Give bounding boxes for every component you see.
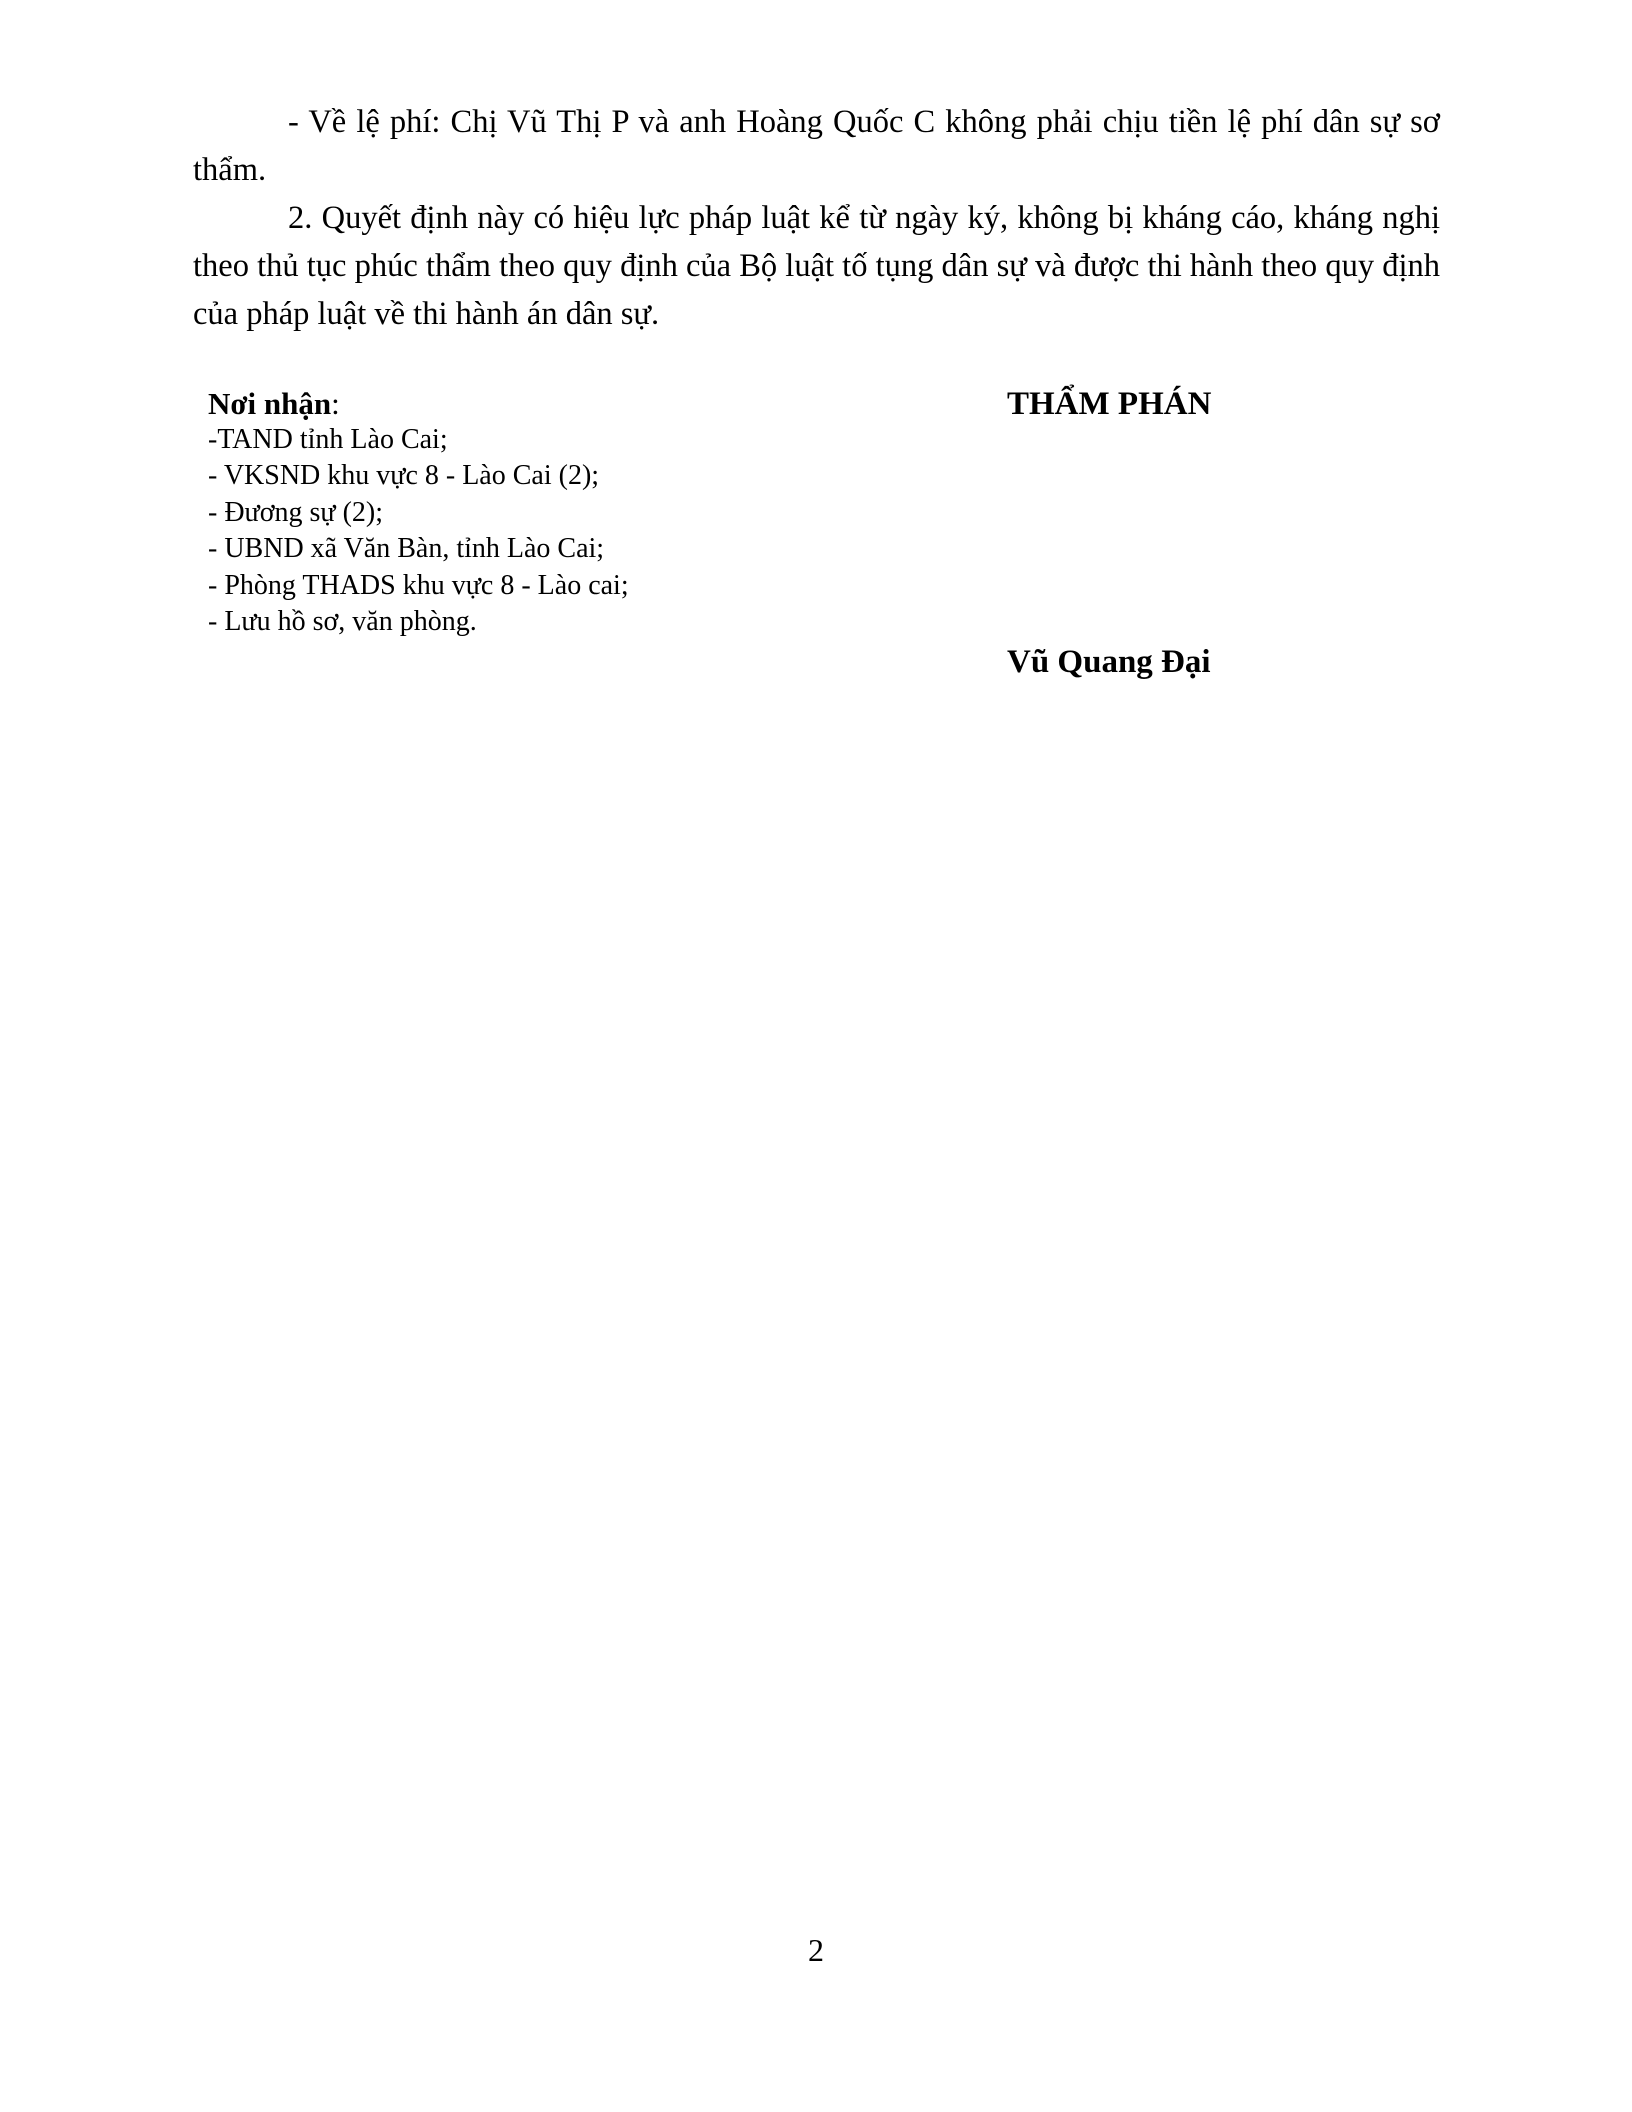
recipients-title-text: Nơi nhận bbox=[208, 386, 331, 421]
signer-name: Vũ Quang Đại bbox=[1007, 642, 1211, 682]
recipient-item: - Lưu hồ sơ, văn phòng. bbox=[208, 604, 848, 640]
recipients-title: Nơi nhận: bbox=[208, 386, 848, 422]
recipient-item: -TAND tỉnh Lào Cai; bbox=[208, 422, 848, 458]
recipient-item: - UBND xã Văn Bàn, tỉnh Lào Cai; bbox=[208, 531, 848, 567]
recipients-block: Nơi nhận: -TAND tỉnh Lào Cai; - VKSND kh… bbox=[208, 386, 848, 640]
signer-title: THẨM PHÁN bbox=[1007, 384, 1407, 424]
signature-block: THẨM PHÁN Vũ Quang Đại bbox=[1007, 384, 1407, 424]
page-number: 2 bbox=[0, 1930, 1632, 1970]
recipient-item: - Đương sự (2); bbox=[208, 495, 848, 531]
fee-paragraph: - Về lệ phí: Chị Vũ Thị P và anh Hoàng Q… bbox=[193, 98, 1440, 194]
recipient-item: - Phòng THADS khu vực 8 - Lào cai; bbox=[208, 568, 848, 604]
document-page: - Về lệ phí: Chị Vũ Thị P và anh Hoàng Q… bbox=[0, 0, 1632, 2112]
recipients-title-colon: : bbox=[331, 386, 340, 421]
body-text: - Về lệ phí: Chị Vũ Thị P và anh Hoàng Q… bbox=[193, 98, 1440, 338]
recipient-item: - VKSND khu vực 8 - Lào Cai (2); bbox=[208, 458, 848, 494]
effect-paragraph: 2. Quyết định này có hiệu lực pháp luật … bbox=[193, 194, 1440, 338]
